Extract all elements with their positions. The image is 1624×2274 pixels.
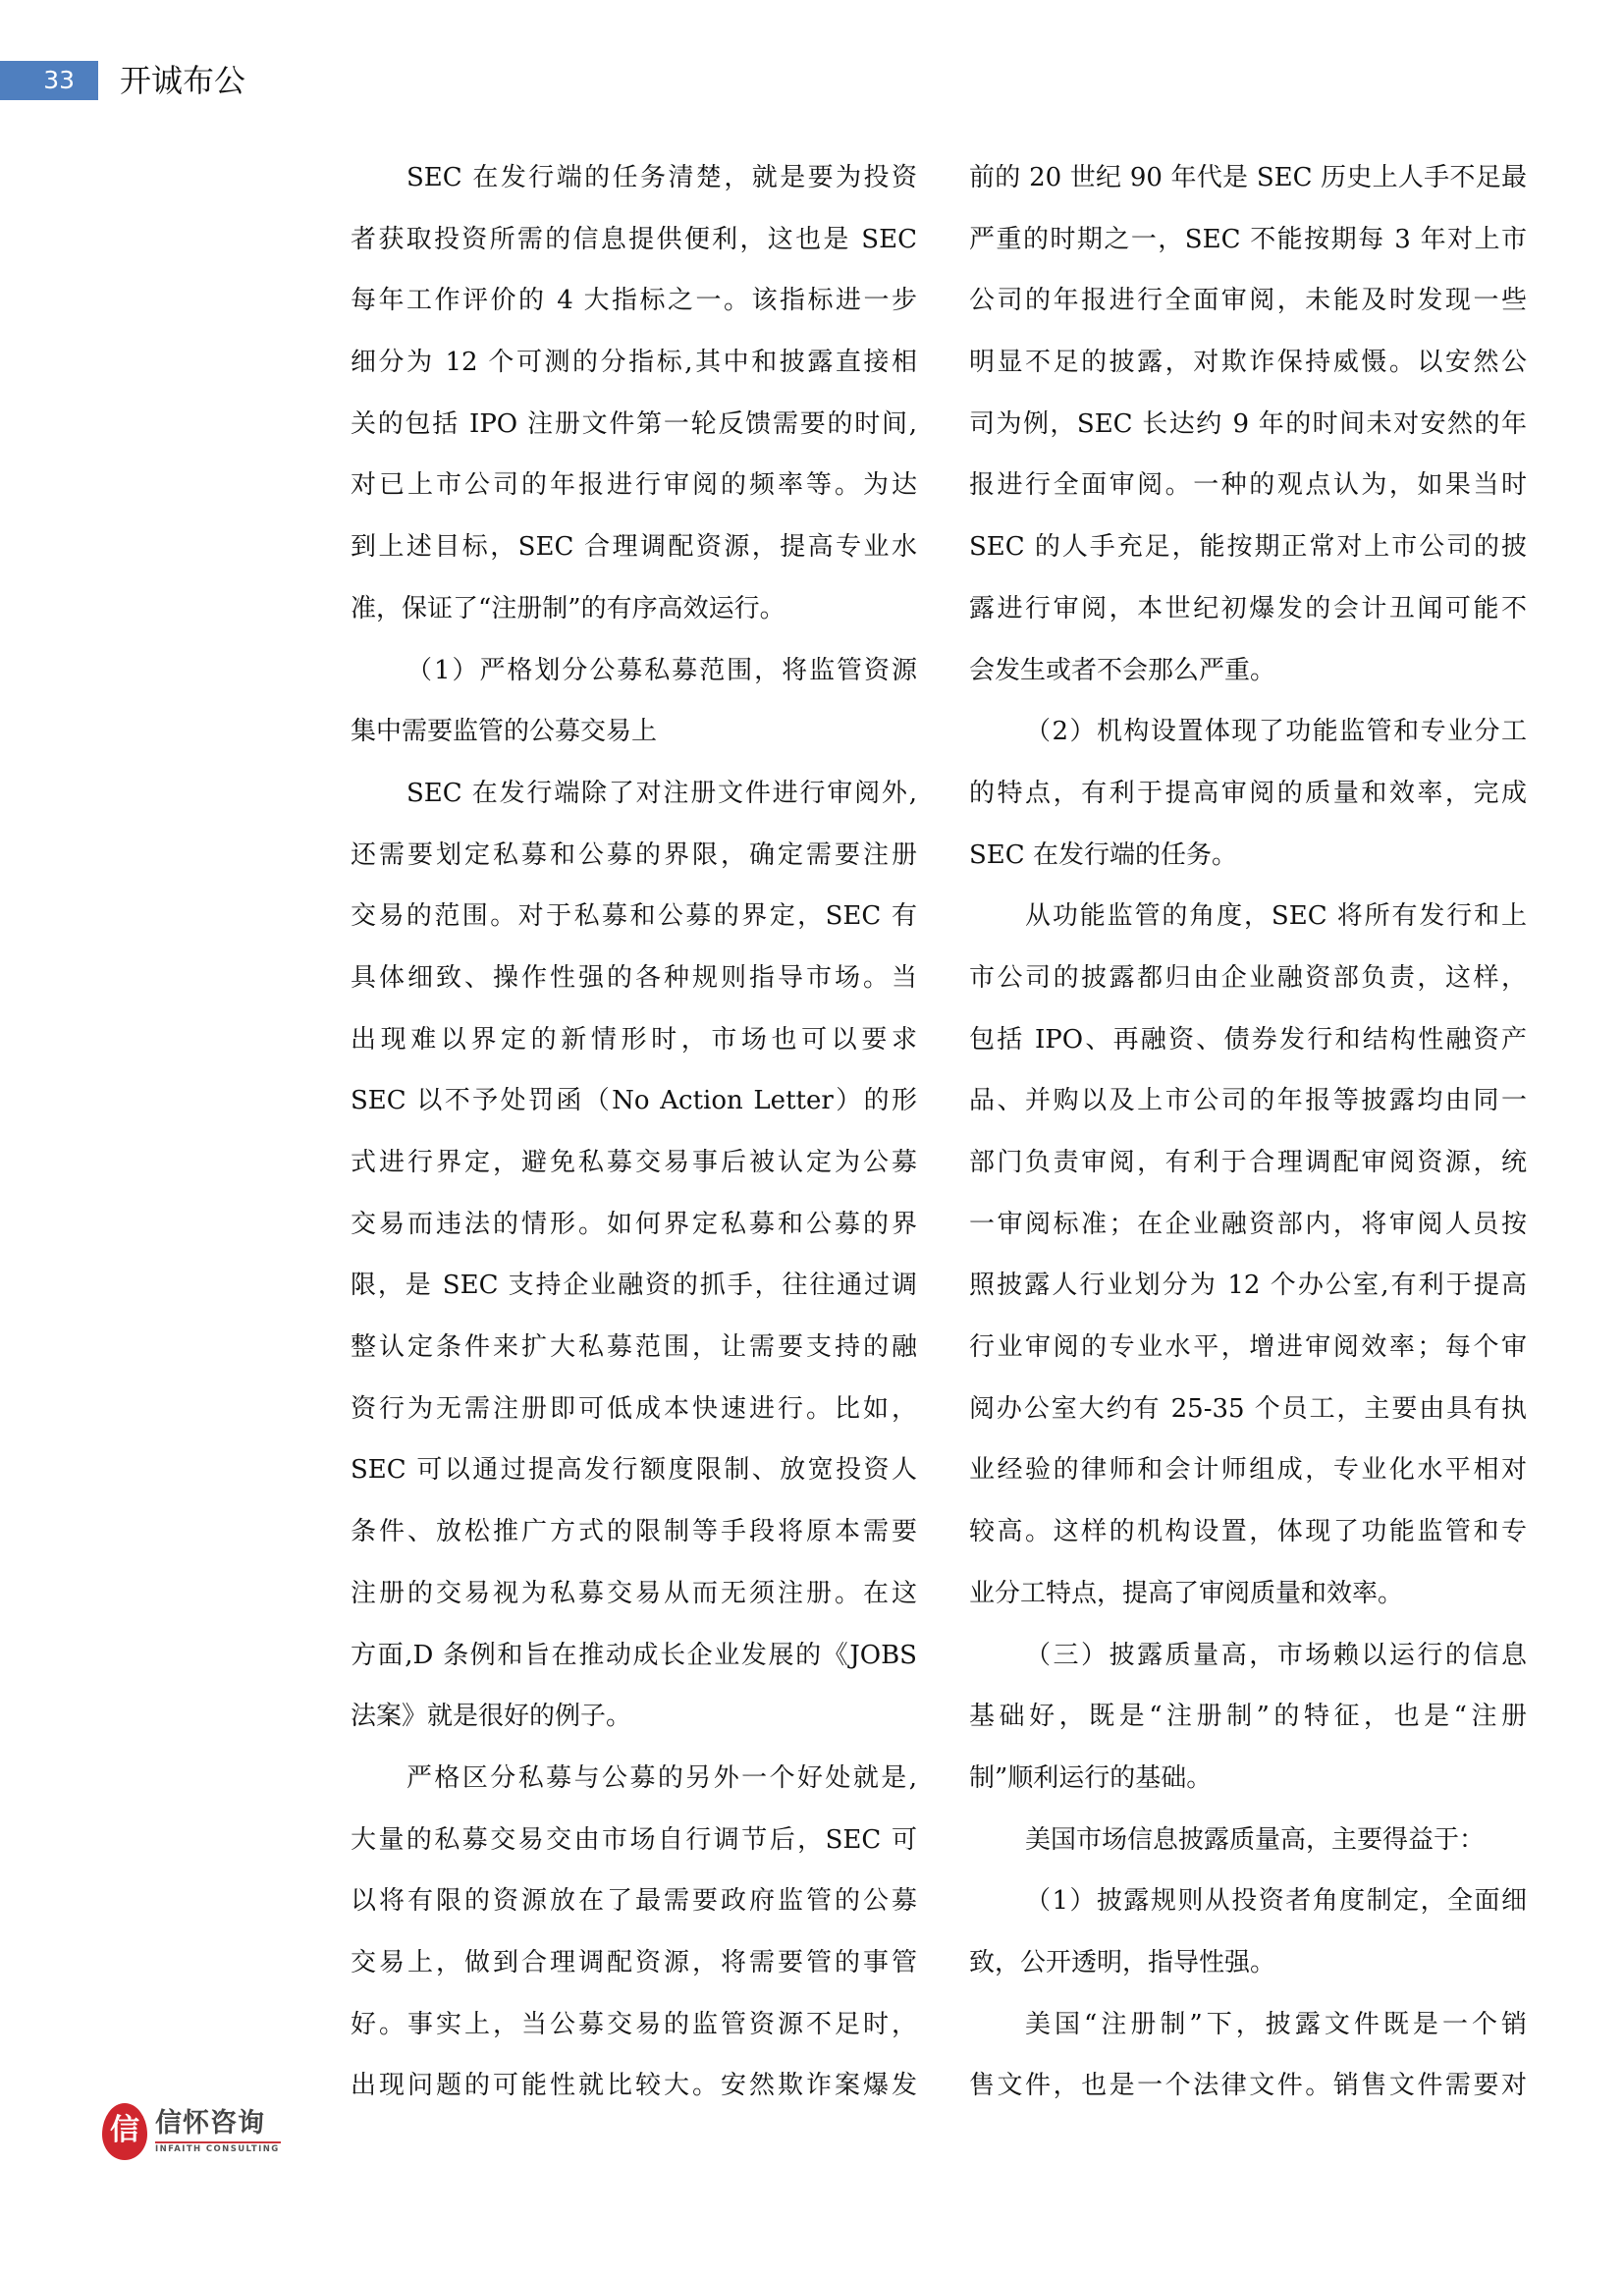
- text-line: 集中需要监管的公募交易上: [351, 708, 917, 770]
- text-line: 法案》就是很好的例子。: [351, 1693, 917, 1755]
- text-line: SEC 以不予处罚函（No Action Letter）的形: [351, 1077, 917, 1139]
- text-line: 一审阅标准；在企业融资部内，将审阅人员按: [969, 1201, 1527, 1263]
- text-line: 美国“注册制”下，披露文件既是一个销: [969, 2001, 1527, 2063]
- text-line: 制”顺利运行的基础。: [969, 1755, 1527, 1816]
- text-line: SEC 可以通过提高发行额度限制、放宽投资人: [351, 1446, 917, 1508]
- text-line: 会发生或者不会那么严重。: [969, 647, 1527, 709]
- text-line: 严格区分私募与公募的另外一个好处就是,: [351, 1755, 917, 1816]
- text-line: （1）披露规则从投资者角度制定，全面细: [969, 1877, 1527, 1939]
- text-line: 露进行审阅，本世纪初爆发的会计丑闻可能不: [969, 585, 1527, 647]
- text-line: 报进行全面审阅。一种的观点认为，如果当时: [969, 461, 1527, 523]
- text-line: SEC 在发行端除了对注册文件进行审阅外,: [351, 770, 917, 832]
- text-line: 美国市场信息披露质量高，主要得益于：: [969, 1816, 1527, 1878]
- text-line: 以将有限的资源放在了最需要政府监管的公募: [351, 1877, 917, 1939]
- text-line: 从功能监管的角度，SEC 将所有发行和上: [969, 893, 1527, 954]
- text-line: 明显不足的披露，对欺诈保持威慑。以安然公: [969, 339, 1527, 401]
- text-line: 出现问题的可能性就比较大。安然欺诈案爆发: [351, 2062, 917, 2124]
- logo-mark-icon: 信: [102, 2103, 147, 2160]
- company-logo: 信 信怀咨询 INFAITH CONSULTING: [102, 2101, 289, 2162]
- text-line: 行业审阅的专业水平，增进审阅效率；每个审: [969, 1324, 1527, 1385]
- text-line: 阅办公室大约有 25-35 个员工，主要由具有执: [969, 1385, 1527, 1447]
- page-number: 33: [43, 66, 75, 95]
- right-text-column: 前的 20 世纪 90 年代是 SEC 历史上人手不足最严重的时期之一，SEC …: [969, 154, 1527, 2124]
- text-line: 司为例，SEC 长达约 9 年的时间未对安然的年: [969, 401, 1527, 462]
- text-line: （1）严格划分公募私募范围，将监管资源: [351, 647, 917, 709]
- logo-name-cn: 信怀咨询: [155, 2109, 265, 2139]
- text-line: 注册的交易视为私募交易从而无须注册。在这: [351, 1570, 917, 1632]
- text-line: 限，是 SEC 支持企业融资的抓手，往往通过调: [351, 1262, 917, 1324]
- text-line: 严重的时期之一，SEC 不能按期每 3 年对上市: [969, 216, 1527, 278]
- logo-name-en: INFAITH CONSULTING: [155, 2144, 280, 2155]
- logo-divider: [155, 2141, 281, 2143]
- text-line: 交易的范围。对于私募和公募的界定，SEC 有: [351, 893, 917, 954]
- text-line: 式进行界定，避免私募交易事后被认定为公募: [351, 1139, 917, 1201]
- text-line: 交易而违法的情形。如何界定私募和公募的界: [351, 1201, 917, 1263]
- text-line: 售文件，也是一个法律文件。销售文件需要对: [969, 2062, 1527, 2124]
- text-line: （三）披露质量高，市场赖以运行的信息: [969, 1632, 1527, 1694]
- text-line: 较高。这样的机构设置，体现了功能监管和专: [969, 1508, 1527, 1570]
- text-line: 资行为无需注册即可低成本快速进行。比如，: [351, 1385, 917, 1447]
- text-line: 具体细致、操作性强的各种规则指导市场。当: [351, 954, 917, 1016]
- text-line: 市公司的披露都归由企业融资部负责，这样，: [969, 954, 1527, 1016]
- text-line: 出现难以界定的新情形时，市场也可以要求: [351, 1016, 917, 1078]
- text-line: 业经验的律师和会计师组成，专业化水平相对: [969, 1446, 1527, 1508]
- text-line: 对已上市公司的年报进行审阅的频率等。为达: [351, 461, 917, 523]
- left-text-column: SEC 在发行端的任务清楚，就是要为投资者获取投资所需的信息提供便利，这也是 S…: [351, 154, 917, 2124]
- text-line: 细分为 12 个可测的分指标,其中和披露直接相: [351, 339, 917, 401]
- text-line: （2）机构设置体现了功能监管和专业分工: [969, 708, 1527, 770]
- text-line: 照披露人行业划分为 12 个办公室,有利于提高: [969, 1262, 1527, 1324]
- text-line: 基础好，既是“注册制”的特征，也是“注册: [969, 1693, 1527, 1755]
- page-number-tab: 33: [0, 61, 98, 100]
- text-line: 品、并购以及上市公司的年报等披露均由同一: [969, 1077, 1527, 1139]
- text-line: 每年工作评价的 4 大指标之一。该指标进一步: [351, 277, 917, 339]
- text-line: 交易上，做到合理调配资源，将需要管的事管: [351, 1939, 917, 2001]
- text-line: SEC 在发行端的任务清楚，就是要为投资: [351, 154, 917, 216]
- text-line: 大量的私募交易交由市场自行调节后，SEC 可: [351, 1816, 917, 1878]
- text-line: 部门负责审阅，有利于合理调配审阅资源，统: [969, 1139, 1527, 1201]
- text-line: 公司的年报进行全面审阅，未能及时发现一些: [969, 277, 1527, 339]
- text-line: 还需要划定私募和公募的界限，确定需要注册: [351, 832, 917, 893]
- text-line: 业分工特点，提高了审阅质量和效率。: [969, 1570, 1527, 1632]
- text-line: 前的 20 世纪 90 年代是 SEC 历史上人手不足最: [969, 154, 1527, 216]
- text-line: SEC 的人手充足，能按期正常对上市公司的披: [969, 523, 1527, 585]
- text-line: 致，公开透明，指导性强。: [969, 1939, 1527, 2001]
- text-line: 整认定条件来扩大私募范围，让需要支持的融: [351, 1324, 917, 1385]
- text-line: 条件、放松推广方式的限制等手段将原本需要: [351, 1508, 917, 1570]
- section-title: 开诚布公: [120, 59, 245, 102]
- text-line: 包括 IPO、再融资、债券发行和结构性融资产: [969, 1016, 1527, 1078]
- text-line: 好。事实上，当公募交易的监管资源不足时，: [351, 2001, 917, 2063]
- text-line: 的特点，有利于提高审阅的质量和效率，完成: [969, 770, 1527, 832]
- text-line: 者获取投资所需的信息提供便利，这也是 SEC: [351, 216, 917, 278]
- text-line: 方面,D 条例和旨在推动成长企业发展的《JOBS: [351, 1632, 917, 1694]
- text-line: 到上述目标，SEC 合理调配资源，提高专业水: [351, 523, 917, 585]
- text-line: SEC 在发行端的任务。: [969, 832, 1527, 893]
- text-line: 准，保证了“注册制”的有序高效运行。: [351, 585, 917, 647]
- text-line: 关的包括 IPO 注册文件第一轮反馈需要的时间,: [351, 401, 917, 462]
